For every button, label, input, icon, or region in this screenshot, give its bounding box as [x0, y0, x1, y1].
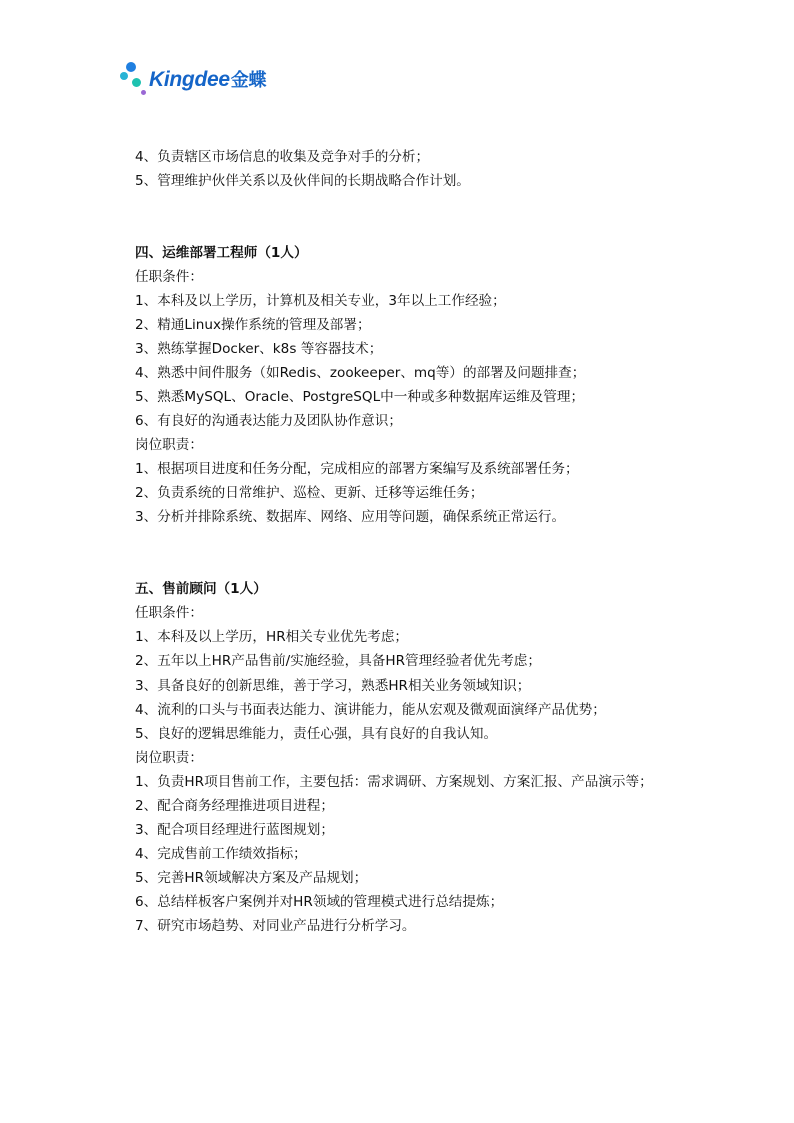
logo-wordmark: Kingdee金蝶	[149, 66, 266, 92]
list-item: 7、研究市场趋势、对同业产品进行分析学习。	[135, 916, 416, 936]
logo-brand-en: Kingdee	[149, 68, 230, 91]
list-item: 2、负责系统的日常维护、巡检、更新、迁移等运维任务；	[135, 483, 484, 503]
list-item: 2、精通Linux操作系统的管理及部署；	[135, 315, 371, 335]
list-item: 5、管理维护伙伴关系以及伙伴间的长期战略合作计划。	[135, 171, 470, 191]
logo-dot-icon	[120, 72, 128, 80]
logo-dot-icon	[126, 62, 136, 72]
list-item: 3、配合项目经理进行蓝图规划；	[135, 820, 334, 840]
list-item: 1、本科及以上学历，计算机及相关专业，3年以上工作经验；	[135, 291, 506, 311]
list-item: 6、有良好的沟通表达能力及团队协作意识；	[135, 411, 402, 431]
list-item: 1、负责HR项目售前工作，主要包括：需求调研、方案规划、方案汇报、产品演示等；	[135, 772, 653, 792]
list-item: 4、负责辖区市场信息的收集及竞争对手的分析；	[135, 147, 429, 167]
list-item: 2、五年以上HR产品售前/实施经验，具备HR管理经验者优先考虑；	[135, 651, 541, 671]
list-item: 2、配合商务经理推进项目进程；	[135, 796, 334, 816]
list-item: 1、根据项目进度和任务分配，完成相应的部署方案编写及系统部署任务；	[135, 459, 579, 479]
logo-dot-icon	[141, 90, 146, 95]
duties-label: 岗位职责：	[135, 748, 203, 768]
list-item: 1、本科及以上学历，HR相关专业优先考虑；	[135, 627, 408, 647]
section-title: 五、售前顾问（1人）	[135, 579, 267, 599]
list-item: 4、流利的口头与书面表达能力、演讲能力，能从宏观及微观面演绎产品优势；	[135, 700, 606, 720]
logo-brand-cn: 金蝶	[231, 70, 266, 90]
section-title: 四、运维部署工程师（1人）	[135, 243, 308, 263]
list-item: 3、熟练掌握Docker、k8s 等容器技术；	[135, 339, 382, 359]
kingdee-logo: Kingdee金蝶	[118, 58, 268, 102]
list-item: 5、良好的逻辑思维能力，责任心强，具有良好的自我认知。	[135, 724, 497, 744]
list-item: 5、熟悉MySQL、Oracle、PostgreSQL中一种或多种数据库运维及管…	[135, 387, 584, 407]
list-item: 6、总结样板客户案例并对HR领域的管理模式进行总结提炼；	[135, 892, 503, 912]
logo-dot-icon	[132, 78, 141, 87]
list-item: 3、具备良好的创新思维，善于学习，熟悉HR相关业务领域知识；	[135, 676, 530, 696]
requirements-label: 任职条件：	[135, 603, 203, 623]
list-item: 4、完成售前工作绩效指标；	[135, 844, 307, 864]
duties-label: 岗位职责：	[135, 435, 203, 455]
list-item: 3、分析并排除系统、数据库、网络、应用等问题，确保系统正常运行。	[135, 507, 565, 527]
requirements-label: 任职条件：	[135, 267, 203, 287]
list-item: 5、完善HR领域解决方案及产品规划；	[135, 868, 367, 888]
list-item: 4、熟悉中间件服务（如Redis、zookeeper、mq等）的部署及问题排查；	[135, 363, 585, 383]
